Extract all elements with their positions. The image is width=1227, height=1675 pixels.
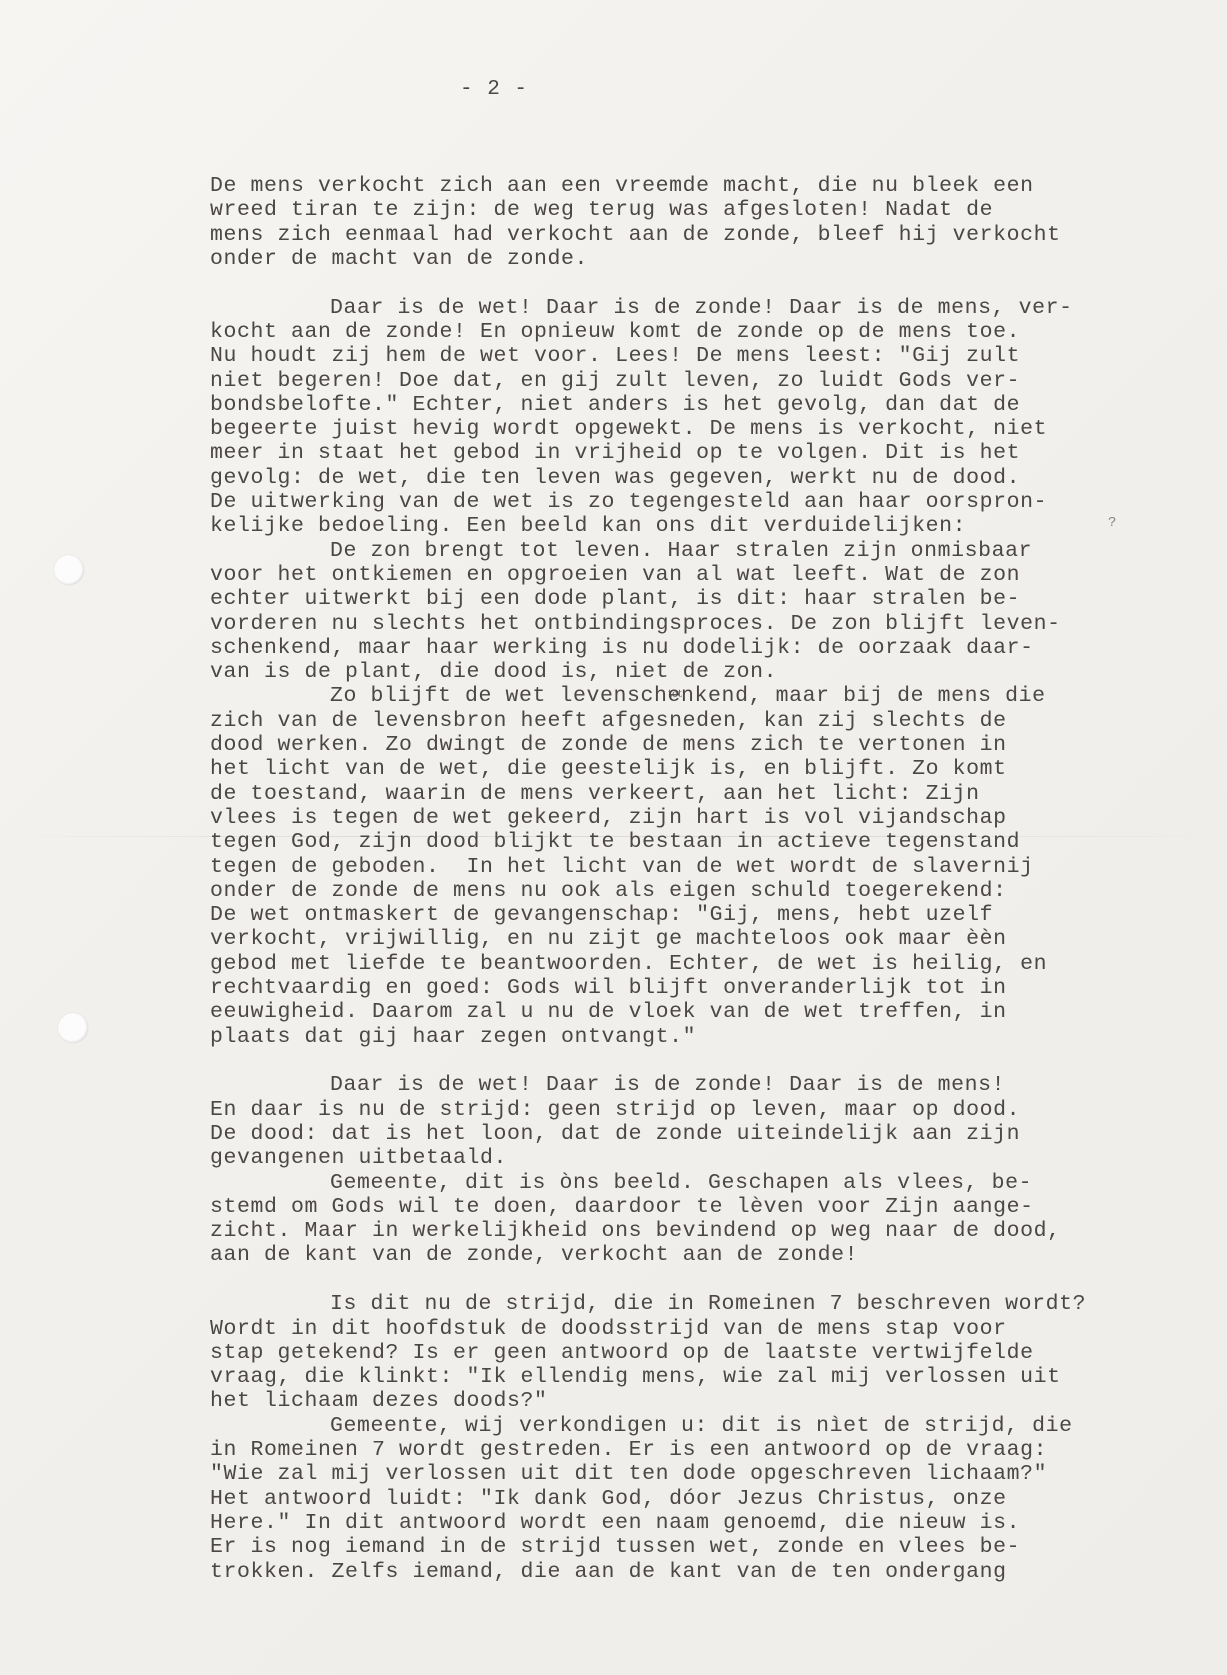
paragraph-2: Daar is de wet! Daar is de zonde! Daar i… xyxy=(210,296,1170,539)
text-line: Is dit nu de strijd, die in Romeinen 7 b… xyxy=(210,1292,1170,1316)
text-line: niet begeren! Doe dat, en gij zult leven… xyxy=(210,369,1170,393)
text-line: vlees is tegen de wet gekeerd, zijn hart… xyxy=(210,806,1170,830)
paragraph-5: Daar is de wet! Daar is de zonde! Daar i… xyxy=(210,1073,1170,1170)
text-line: het licht van de wet, die geestelijk is,… xyxy=(210,757,1170,781)
paragraph-3: De zon brengt tot leven. Haar stralen zi… xyxy=(210,539,1170,685)
text-line: De wet ontmaskert de gevangenschap: "Gij… xyxy=(210,903,1170,927)
text-line: verkocht, vrijwillig, en nu zijt ge mach… xyxy=(210,927,1170,951)
text-line: stemd om Gods wil te doen, daardoor te l… xyxy=(210,1195,1170,1219)
text-line: Er is nog iemand in de strijd tussen wet… xyxy=(210,1535,1170,1559)
text-line: Here." In dit antwoord wordt een naam ge… xyxy=(210,1511,1170,1535)
paragraph-1: De mens verkocht zich aan een vreemde ma… xyxy=(210,174,1170,271)
text-line: tegen God, zijn dood blijkt te bestaan i… xyxy=(210,830,1170,854)
text-line: schenkend, maar haar werking is nu dodel… xyxy=(210,636,1170,660)
text-line: plaats dat gij haar zegen ontvangt." xyxy=(210,1025,1170,1049)
text-line: eeuwigheid. Daarom zal u nu de vloek van… xyxy=(210,1000,1170,1024)
text-line: wreed tiran te zijn: de weg terug was af… xyxy=(210,198,1170,222)
paragraph-gap xyxy=(210,1268,1170,1293)
text-line: gevangenen uitbetaald. xyxy=(210,1146,1170,1170)
text-line: Zo blijft de wet levenschenkend, maar bi… xyxy=(210,684,1170,708)
paragraph-gap xyxy=(210,1049,1170,1074)
page-number: - 2 - xyxy=(460,78,528,101)
text-line: gevolg: de wet, die ten leven was gegeve… xyxy=(210,466,1170,490)
typed-body-text: De mens verkocht zich aan een vreemde ma… xyxy=(210,174,1170,1584)
text-line: mens zich eenmaal had verkocht aan de zo… xyxy=(210,223,1170,247)
text-line: van is de plant, die dood is, niet de zo… xyxy=(210,660,1170,684)
text-line: tegen de geboden. In het licht van de we… xyxy=(210,855,1170,879)
text-line: stap getekend? Is er geen antwoord op de… xyxy=(210,1341,1170,1365)
text-line: dood werken. Zo dwingt de zonde de mens … xyxy=(210,733,1170,757)
paragraph-7: Is dit nu de strijd, die in Romeinen 7 b… xyxy=(210,1292,1170,1413)
text-line: Gemeente, dit is òns beeld. Geschapen al… xyxy=(210,1171,1170,1195)
text-line: zich van de levensbron heeft afgesneden,… xyxy=(210,709,1170,733)
text-line: kelijke bedoeling. Een beeld kan ons dit… xyxy=(210,514,1170,538)
text-line: gebod met liefde te beantwoorden. Echter… xyxy=(210,952,1170,976)
text-line: aan de kant van de zonde, verkocht aan d… xyxy=(210,1243,1170,1267)
text-line: begeerte juist hevig wordt opgewekt. De … xyxy=(210,417,1170,441)
paragraph-4: Zo blijft de wet levenschenkend, maar bi… xyxy=(210,684,1170,1048)
text-line: onder de macht van de zonde. xyxy=(210,247,1170,271)
text-line: het lichaam dezes doods?" xyxy=(210,1389,1170,1413)
text-line: De uitwerking van de wet is zo tegengest… xyxy=(210,490,1170,514)
text-line: "Wie zal mij verlossen uit dit ten dode … xyxy=(210,1462,1170,1486)
text-line: rechtvaardig en goed: Gods wil blijft on… xyxy=(210,976,1170,1000)
scanned-page: ? - 2 - tot De mens verkocht zich aan ee… xyxy=(0,0,1227,1675)
text-line: Daar is de wet! Daar is de zonde! Daar i… xyxy=(210,296,1170,320)
paragraph-8: Gemeente, wij verkondigen u: dit is nìet… xyxy=(210,1414,1170,1584)
paragraph-gap xyxy=(210,271,1170,296)
punch-hole-bottom xyxy=(58,1013,88,1043)
text-line: in Romeinen 7 wordt gestreden. Er is een… xyxy=(210,1438,1170,1462)
punch-hole-top xyxy=(54,555,84,585)
text-line: En daar is nu de strijd: geen strijd op … xyxy=(210,1098,1170,1122)
text-line: meer in staat het gebod in vrijheid op t… xyxy=(210,441,1170,465)
text-line: kocht aan de zonde! En opnieuw komt de z… xyxy=(210,320,1170,344)
text-line: Nu houdt zij hem de wet voor. Lees! De m… xyxy=(210,344,1170,368)
text-line: de toestand, waarin de mens verkeert, aa… xyxy=(210,782,1170,806)
text-line: De dood: dat is het loon, dat de zonde u… xyxy=(210,1122,1170,1146)
text-line: vraag, die klinkt: "Ik ellendig mens, wi… xyxy=(210,1365,1170,1389)
text-line: vorderen nu slechts het ontbindingsproce… xyxy=(210,612,1170,636)
text-line: trokken. Zelfs iemand, die aan de kant v… xyxy=(210,1560,1170,1584)
text-line: Het antwoord luidt: "Ik dank God, dóor J… xyxy=(210,1487,1170,1511)
text-line: echter uitwerkt bij een dode plant, is d… xyxy=(210,587,1170,611)
text-line: voor het ontkiemen en opgroeien van al w… xyxy=(210,563,1170,587)
text-line: onder de zonde de mens nu ook als eigen … xyxy=(210,879,1170,903)
text-line: bondsbelofte." Echter, niet anders is he… xyxy=(210,393,1170,417)
paragraph-6: Gemeente, dit is òns beeld. Geschapen al… xyxy=(210,1171,1170,1268)
text-line: Gemeente, wij verkondigen u: dit is nìet… xyxy=(210,1414,1170,1438)
text-line: De zon brengt tot leven. Haar stralen zi… xyxy=(210,539,1170,563)
text-line: zicht. Maar in werkelijkheid ons bevinde… xyxy=(210,1219,1170,1243)
text-line: De mens verkocht zich aan een vreemde ma… xyxy=(210,174,1170,198)
text-line: Daar is de wet! Daar is de zonde! Daar i… xyxy=(210,1073,1170,1097)
text-line: Wordt in dit hoofdstuk de doodsstrijd va… xyxy=(210,1317,1170,1341)
